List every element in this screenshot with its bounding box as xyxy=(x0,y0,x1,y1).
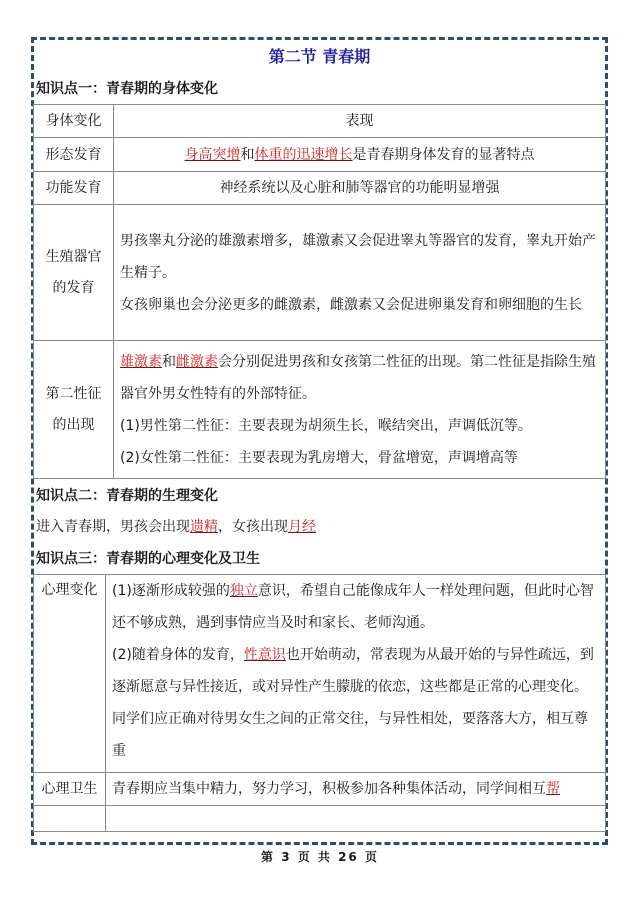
row-label-empty xyxy=(34,806,106,832)
psychology-table: 心理变化 (1)逐渐形成较强的独立意识，希望自己能像成年人一样处理问题，但此时心… xyxy=(33,574,606,832)
text-segment: (2)随着身体的发育， xyxy=(112,647,244,663)
physiology-paragraph: 进入青春期，男孩会出现遗精，女孩出现月经 xyxy=(33,511,606,544)
table-row-empty xyxy=(34,806,606,832)
highlight-text: 帮 xyxy=(546,781,560,797)
row-label-line: 的发育 xyxy=(38,273,109,304)
table-row: 形态发育 身高突增和体重的迅速增长是青春期身体发育的显著特点 xyxy=(34,138,606,172)
table-row: 第二性征 的出现 雄激素和雌激素会分别促进男孩和女孩第二性征的出现。第二性征是指… xyxy=(34,341,606,479)
highlight-text: 身高突增 xyxy=(185,147,241,163)
row-content: 青春期应当集中精力，努力学习，积极参加各种集体活动，同学间相互帮 xyxy=(106,773,606,806)
paragraph: (1)男性第二性征：主要表现为胡须生长，喉结突出，声调低沉等。 xyxy=(120,410,599,442)
table-row: 心理卫生 青春期应当集中精力，努力学习，积极参加各种集体活动，同学间相互帮 xyxy=(34,773,606,806)
row-label: 心理变化 xyxy=(34,575,106,773)
row-label-line: 的出现 xyxy=(38,410,109,441)
body-changes-table: 身体变化 表现 形态发育 身高突增和体重的迅速增长是青春期身体发育的显著特点 功… xyxy=(33,104,606,479)
row-label: 心理卫生 xyxy=(34,773,106,806)
paragraph: 女孩卵巢也会分泌更多的雌激素，雌激素又会促进卵巢发育和卵细胞的生长 xyxy=(120,289,599,321)
highlight-text: 雄激素 xyxy=(120,354,162,370)
table-header-cell: 身体变化 xyxy=(34,105,114,138)
highlight-text: 遗精 xyxy=(190,519,218,535)
table-row: 生殖器官 的发育 男孩睾丸分泌的雄激素增多，雄激素又会促进睾丸等器官的发育，睾丸… xyxy=(34,205,606,341)
highlight-text: 独立 xyxy=(230,583,258,599)
paragraph: 雄激素和雌激素会分别促进男孩和女孩第二性征的出现。第二性征是指除生殖器官外男女性… xyxy=(120,346,599,410)
row-content: (1)逐渐形成较强的独立意识，希望自己能像成年人一样处理问题，但此时心智还不够成… xyxy=(106,575,606,773)
row-content: 雄激素和雌激素会分别促进男孩和女孩第二性征的出现。第二性征是指除生殖器官外男女性… xyxy=(114,341,606,479)
table-row: 心理变化 (1)逐渐形成较强的独立意识，希望自己能像成年人一样处理问题，但此时心… xyxy=(34,575,606,773)
section-heading-2: 知识点二：青春期的生理变化 xyxy=(33,481,606,511)
text-segment: (1)逐渐形成较强的 xyxy=(112,583,230,599)
row-label-line: 生殖器官 xyxy=(38,242,109,273)
paragraph: 男孩睾丸分泌的雄激素增多，雄激素又会促进睾丸等器官的发育，睾丸开始产生精子。 xyxy=(120,225,599,289)
row-label: 功能发育 xyxy=(34,172,114,205)
page-title: 第二节 青春期 xyxy=(33,40,606,74)
row-content: 身高突增和体重的迅速增长是青春期身体发育的显著特点 xyxy=(114,138,606,172)
paragraph: (2)随着身体的发育，性意识也开始萌动，常表现为从最开始的与异性疏远，到逐渐愿意… xyxy=(112,639,599,767)
highlight-text: 雌激素 xyxy=(176,354,218,370)
text-segment: ，女孩出现 xyxy=(218,519,288,535)
highlight-text: 体重的迅速增长 xyxy=(255,147,353,163)
row-content: 神经系统以及心脏和肺等器官的功能明显增强 xyxy=(114,172,606,205)
table-row: 功能发育 神经系统以及心脏和肺等器官的功能明显增强 xyxy=(34,172,606,205)
text-segment: 青春期应当集中精力，努力学习，积极参加各种集体活动，同学间相互 xyxy=(112,781,546,797)
row-content: 男孩睾丸分泌的雄激素增多，雄激素又会促进睾丸等器官的发育，睾丸开始产生精子。 女… xyxy=(114,205,606,341)
text-segment: 和 xyxy=(162,354,176,370)
page-footer: 第 3 页 共 26 页 xyxy=(0,848,640,865)
row-label-line: 第二性征 xyxy=(38,379,109,410)
table-header-row: 身体变化 表现 xyxy=(34,105,606,138)
row-label: 第二性征 的出现 xyxy=(34,341,114,479)
highlight-text: 月经 xyxy=(288,519,316,535)
text-segment: 进入青春期，男孩会出现 xyxy=(36,519,190,535)
row-content-empty xyxy=(106,806,606,832)
page-content: 第二节 青春期 知识点一：青春期的身体变化 身体变化 表现 形态发育 身高突增和… xyxy=(33,40,606,832)
row-label: 形态发育 xyxy=(34,138,114,172)
text-segment: 是青春期身体发育的显著特点 xyxy=(353,147,535,163)
paragraph: (1)逐渐形成较强的独立意识，希望自己能像成年人一样处理问题，但此时心智还不够成… xyxy=(112,575,599,639)
section-heading-1: 知识点一：青春期的身体变化 xyxy=(33,74,606,104)
paragraph: (2)女性第二性征：主要表现为乳房增大，骨盆增宽，声调增高等 xyxy=(120,442,599,474)
text-segment: 也开始萌动，常表现为从最开始的与异性疏远，到逐渐愿意与异性接近，或对异性产生朦胧… xyxy=(112,647,594,759)
table-header-cell: 表现 xyxy=(114,105,606,138)
highlight-text: 性意识 xyxy=(244,647,286,663)
section-heading-3: 知识点三：青春期的心理变化及卫生 xyxy=(33,544,606,574)
row-label: 生殖器官 的发育 xyxy=(34,205,114,341)
text-segment: 和 xyxy=(241,147,255,163)
